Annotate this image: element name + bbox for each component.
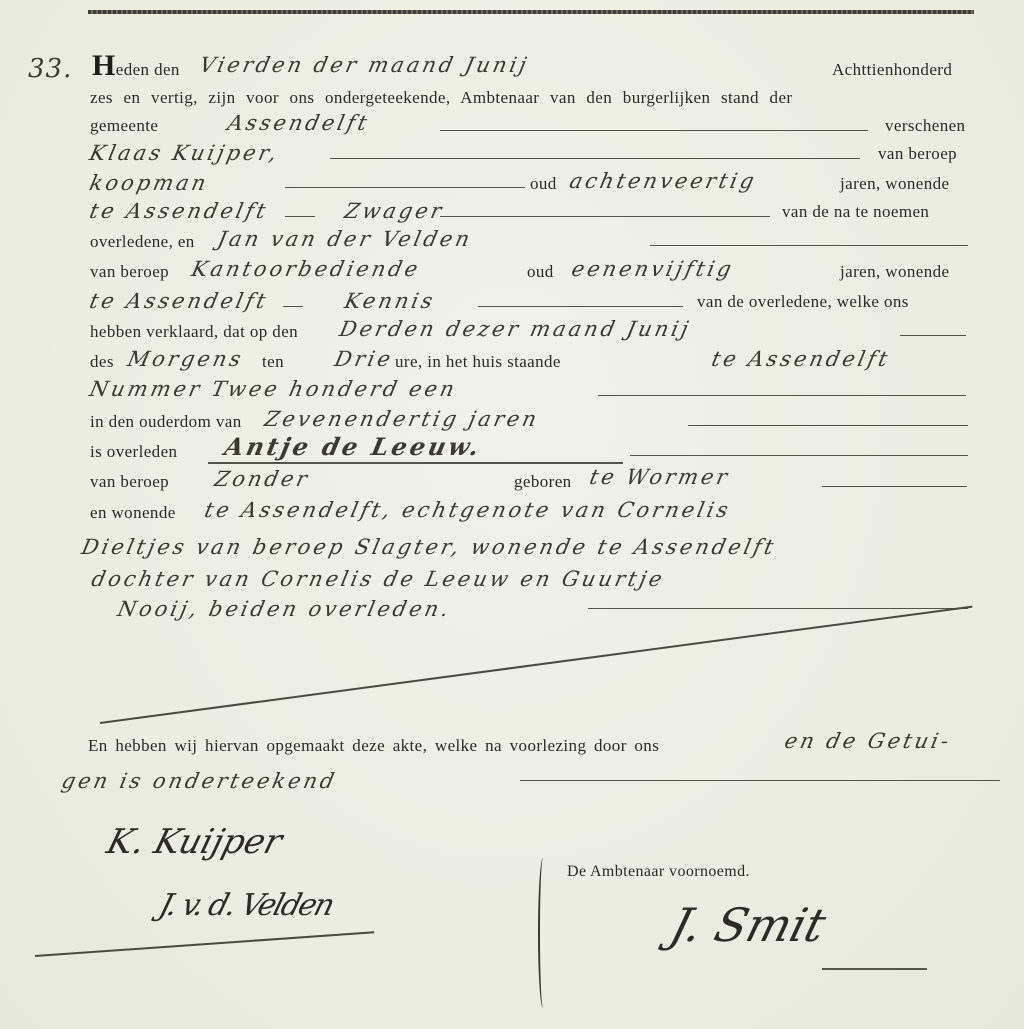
fill-line (900, 335, 966, 336)
printed-in-den-ouderdom-van: in den ouderdom van (90, 412, 242, 432)
handwritten-deceased-occupation: Zonder (213, 468, 312, 490)
handwritten-declarant-2-age: eenenvijftig (570, 258, 736, 280)
handwritten-declarant-1-name: Klaas Kuijper, (88, 142, 282, 164)
closing-diagonal-line (100, 606, 972, 724)
handwritten-declarant-1-residence: te Assendelft (88, 200, 271, 222)
handwritten-hour: Drie (333, 348, 396, 370)
handwritten-parents: dochter van Cornelis de Leeuw en Guurtje (90, 568, 667, 590)
handwritten-closing-a: en de Getui- (783, 730, 954, 752)
handwritten-declarant-2-residence: te Assendelft (88, 290, 271, 312)
fill-line (520, 780, 1000, 781)
fill-line (650, 245, 968, 246)
signature-witness-2: J. v. d. Velden (155, 888, 336, 923)
handwritten-parents-status: Nooij, beiden overleden. (116, 598, 454, 620)
handwritten-spouse-details: Dieltjes van beroep Slagter, wonende te … (80, 536, 779, 558)
printed-is-overleden: is overleden (90, 442, 177, 462)
drop-cap: H (92, 49, 116, 82)
handwritten-time-of-day: Morgens (126, 348, 246, 370)
handwritten-house-number: Nummer Twee honderd een (88, 378, 459, 400)
handwritten-birthplace: te Wormer (588, 466, 732, 488)
handwritten-deceased-age: Zevenendertig jaren (263, 408, 542, 430)
printed-des: des (90, 352, 114, 372)
printed-van-de-na-te-noemen: van de na te noemen (782, 202, 929, 222)
signature-official: J. Smit (665, 898, 832, 952)
printed-ten: ten (262, 352, 284, 372)
fill-line (440, 130, 868, 131)
fill-line (285, 187, 525, 188)
handwritten-closing-b: gen is onderteekend (60, 770, 339, 792)
fill-line (285, 216, 315, 217)
printed-heden-den: Heden den (92, 56, 180, 80)
handwritten-declarant-2-name: Jan van der Velden (216, 228, 475, 250)
fill-line (283, 306, 303, 307)
printed-closing-formula: En hebben wij hiervan opgemaakt deze akt… (88, 736, 659, 756)
fill-line (478, 306, 683, 307)
printed-year-prefix: Achttienhonderd (832, 60, 952, 80)
signature-flourish (35, 931, 374, 956)
handwritten-date: Vierden der maand Junij (198, 54, 532, 76)
printed-van-beroep: van beroep (90, 262, 169, 282)
printed-ure-in-het-huis: ure, in het huis staande (395, 352, 561, 372)
printed-verschenen: verschenen (885, 116, 965, 136)
fill-line (598, 395, 966, 396)
printed-jaren-wonende: jaren, wonende (840, 262, 949, 282)
signature-underline (822, 968, 927, 970)
name-underline (208, 462, 623, 464)
handwritten-declarant-2-relation: Kennis (343, 290, 438, 312)
document-page: 33. Heden den Vierden der maand Junij Ac… (0, 0, 1024, 1029)
printed-van-de-overledene: van de overledene, welke ons (697, 292, 909, 312)
fill-line (588, 608, 968, 609)
printed-oud: oud (527, 262, 554, 282)
printed-oud: oud (530, 174, 557, 194)
printed-hebben-verklaard: hebben verklaard, dat op den (90, 322, 298, 342)
handwritten-declarant-2-occupation: Kantoorbediende (190, 258, 423, 280)
act-number: 33. (28, 54, 72, 84)
handwritten-declarant-1-occupation: koopman (88, 172, 211, 194)
printed-official-label: De Ambtenaar voornoemd. (567, 862, 750, 882)
printed-jaren-wonende: jaren, wonende (840, 174, 949, 194)
printed-overledene-en: overledene, en (90, 232, 195, 252)
printed-van-beroep: van beroep (878, 144, 957, 164)
fill-line (440, 216, 770, 217)
handwritten-declarant-1-relation: Zwager (343, 200, 447, 222)
signature-bracket (538, 858, 548, 1008)
handwritten-death-date: Derden dezer maand Junij (338, 318, 693, 340)
handwritten-municipality: Assendelft (226, 112, 372, 134)
fill-line (330, 158, 860, 159)
printed-text: eden den (116, 60, 180, 79)
top-border-rule (88, 10, 974, 14)
handwritten-death-place: te Assendelft (710, 348, 893, 370)
fill-line (822, 486, 967, 487)
signature-witness-1: K. Kuijper (103, 822, 287, 862)
fill-line (630, 455, 968, 456)
printed-preamble: zes en vertig, zijn voor ons ondergeteek… (90, 88, 792, 108)
printed-en-wonende: en wonende (90, 503, 176, 523)
handwritten-residence-spouse: te Assendelft, echtgenote van Cornelis (203, 499, 733, 521)
handwritten-deceased-name: Antje de Leeuw. (223, 436, 484, 458)
fill-line (688, 425, 968, 426)
printed-geboren: geboren (514, 472, 572, 492)
printed-van-beroep: van beroep (90, 472, 169, 492)
printed-gemeente: gemeente (90, 116, 158, 136)
handwritten-declarant-1-age: achtenveertig (568, 170, 759, 192)
